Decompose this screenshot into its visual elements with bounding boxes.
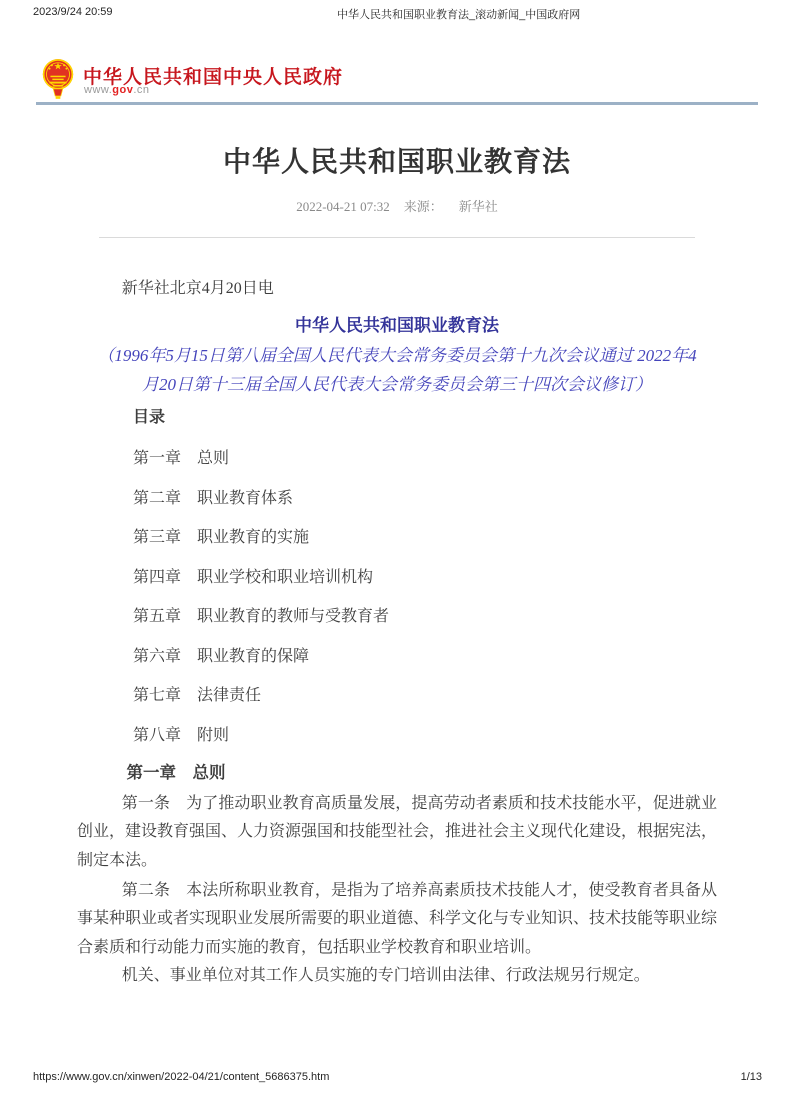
print-page: 2023/9/24 20:59 中华人民共和国职业教育法_滚动新闻_中国政府网 … [0,0,794,1108]
banner-site-url: www.gov.cn [84,84,150,96]
page-indicator: 1/13 [741,1071,762,1083]
article-meta: 2022-04-21 07:32来源：新华社 [77,197,717,217]
toc-item-chapter-1: 第一章 总则 [77,449,717,469]
print-footer-url: https://www.gov.cn/xinwen/2022-04/21/con… [33,1071,329,1083]
source-name: 新华社 [459,199,498,214]
law-paragraph-article-2-note: 机关、事业单位对其工作人员实施的专门培训由法律、行政法规另行规定。 [77,962,717,990]
chapter-heading: 第一章 总则 [77,761,717,785]
banner-divider [36,102,758,105]
toc-item-chapter-6: 第六章 职业教育的保障 [77,647,717,667]
toc-heading: 目录 [77,404,717,432]
law-title: 中华人民共和国职业教育法 [77,312,717,340]
toc-item-chapter-7: 第七章 法律责任 [77,686,717,706]
url-gov-highlight: gov [112,84,133,96]
law-paragraph-article-2: 第二条 本法所称职业教育，是指为了培养高素质技术技能人才，使受教育者具备从事某种… [77,877,717,962]
revision-note: （1996年5月15日第八届全国人民代表大会常务委员会第十九次会议通过 2022… [77,341,717,399]
print-header-timestamp: 2023/9/24 20:59 [33,6,113,18]
meta-divider [99,237,695,238]
print-header-title: 中华人民共和国职业教育法_滚动新闻_中国政府网 [337,6,580,22]
url-suffix: .cn [133,84,149,96]
toc-item-chapter-5: 第五章 职业教育的教师与受教育者 [77,607,717,627]
china-national-emblem-icon [41,58,75,105]
toc-item-chapter-3: 第三章 职业教育的实施 [77,528,717,548]
toc-item-chapter-2: 第二章 职业教育体系 [77,489,717,509]
article-title: 中华人民共和国职业教育法 [77,145,717,179]
toc-item-chapter-8: 第八章 附则 [77,726,717,746]
article: 中华人民共和国职业教育法 2022-04-21 07:32来源：新华社 新华社北… [0,0,794,991]
source-label: 来源： [404,199,443,214]
toc-item-chapter-4: 第四章 职业学校和职业培训机构 [77,568,717,588]
publish-datetime: 2022-04-21 07:32 [296,199,390,214]
law-paragraph-article-1: 第一条 为了推动职业教育高质量发展，提高劳动者素质和技术技能水平，促进就业创业，… [77,790,717,875]
dateline: 新华社北京4月20日电 [77,275,717,303]
url-prefix: www. [84,84,112,96]
